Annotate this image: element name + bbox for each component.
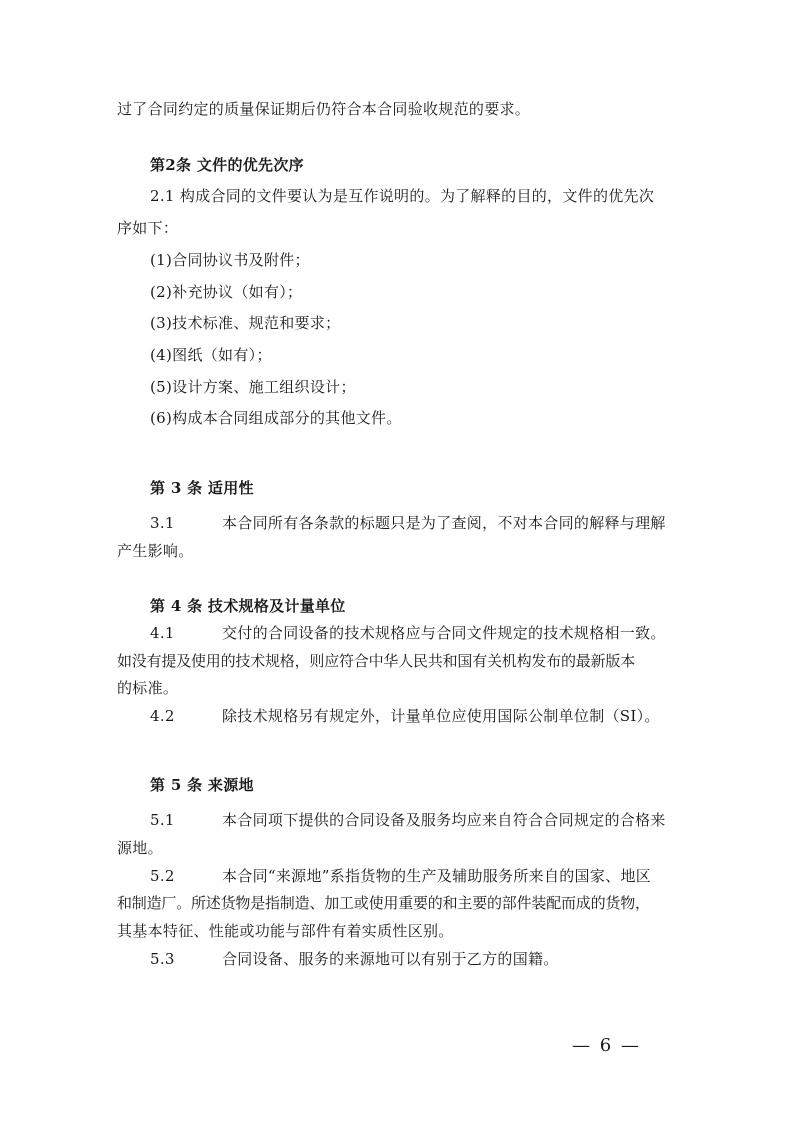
clause-number: 4.2: [150, 706, 222, 726]
clause-5-1: 5.1本合同项下提供的合同设备及服务均应来自符合合同规定的合格来: [150, 810, 666, 830]
section-3-title: 第 3 条 适用性: [150, 478, 254, 498]
page-number: — 6 —: [572, 1035, 641, 1056]
clause-number: 4.1: [150, 623, 222, 643]
clause-text: 构成合同的文件要认为是互作说明的。为了解释的目的，文件的优先次: [180, 187, 654, 205]
clause-number: 5.1: [150, 810, 222, 830]
clause-text: 交付的合同设备的技术规格应与合同文件规定的技术规格相一致。: [222, 624, 666, 642]
document-page: 过了合同约定的质量保证期后仍符合本合同验收规范的要求。 第2条 文件的优先次序 …: [0, 0, 793, 1122]
clause-number: 2.1: [150, 187, 175, 205]
section-5-title: 第 5 条 来源地: [150, 775, 254, 795]
list-item: (3)技术标准、规范和要求；: [150, 313, 340, 333]
clause-4-2: 4.2除技术规格另有规定外，计量单位应使用国际公制单位制（SI）。: [150, 706, 660, 726]
list-item: (1)合同协议书及附件；: [150, 250, 310, 270]
list-item: (4)图纸（如有）；: [150, 345, 272, 365]
list-item: (6)构成本合同组成部分的其他文件。: [150, 408, 402, 428]
clause-4-1-line-3: 的标准。: [117, 678, 178, 698]
clause-5-2: 5.2本合同“来源地”系指货物的生产及辅助服务所来自的国家、地区: [150, 866, 651, 886]
list-item: (2)补充协议（如有）；: [150, 282, 302, 302]
clause-number: 5.3: [150, 949, 222, 969]
clause-text: 合同设备、服务的来源地可以有别于乙方的国籍。: [222, 950, 559, 968]
clause-3-1-line-2: 产生影响。: [117, 541, 194, 561]
clause-5-2-line-2: 和制造厂。所述货物是指制造、加工或使用重要的和主要的部件装配而成的货物，: [117, 893, 650, 913]
clause-4-1-line-2: 如没有提及使用的技术规格，则应符合中华人民共和国有关机构发布的最新版本: [117, 651, 635, 671]
section-4-title: 第 4 条 技术规格及计量单位: [150, 596, 346, 616]
clause-number: 5.2: [150, 866, 222, 886]
clause-text: 本合同“来源地”系指货物的生产及辅助服务所来自的国家、地区: [222, 867, 651, 885]
clause-4-1: 4.1交付的合同设备的技术规格应与合同文件规定的技术规格相一致。: [150, 623, 666, 643]
clause-number: 3.1: [150, 513, 222, 533]
clause-5-3: 5.3合同设备、服务的来源地可以有别于乙方的国籍。: [150, 949, 559, 969]
clause-5-2-line-3: 其基本特征、性能或功能与部件有着实质性区别。: [117, 921, 454, 941]
clause-2-1-line-2: 序如下：: [117, 218, 178, 238]
list-item: (5)设计方案、施工组织设计；: [150, 377, 356, 397]
continuation-text: 过了合同约定的质量保证期后仍符合本合同验收规范的要求。: [117, 99, 530, 119]
clause-text: 除技术规格另有规定外，计量单位应使用国际公制单位制（SI）。: [222, 707, 660, 725]
clause-text: 本合同所有各条款的标题只是为了查阅，不对本合同的解释与理解: [222, 514, 666, 532]
clause-2-1: 2.1 构成合同的文件要认为是互作说明的。为了解释的目的，文件的优先次: [150, 186, 654, 206]
clause-5-1-line-2: 源地。: [117, 838, 163, 858]
clause-text: 本合同项下提供的合同设备及服务均应来自符合合同规定的合格来: [222, 811, 666, 829]
clause-3-1: 3.1本合同所有各条款的标题只是为了查阅，不对本合同的解释与理解: [150, 513, 666, 533]
section-2-title: 第2条 文件的优先次序: [150, 155, 304, 175]
